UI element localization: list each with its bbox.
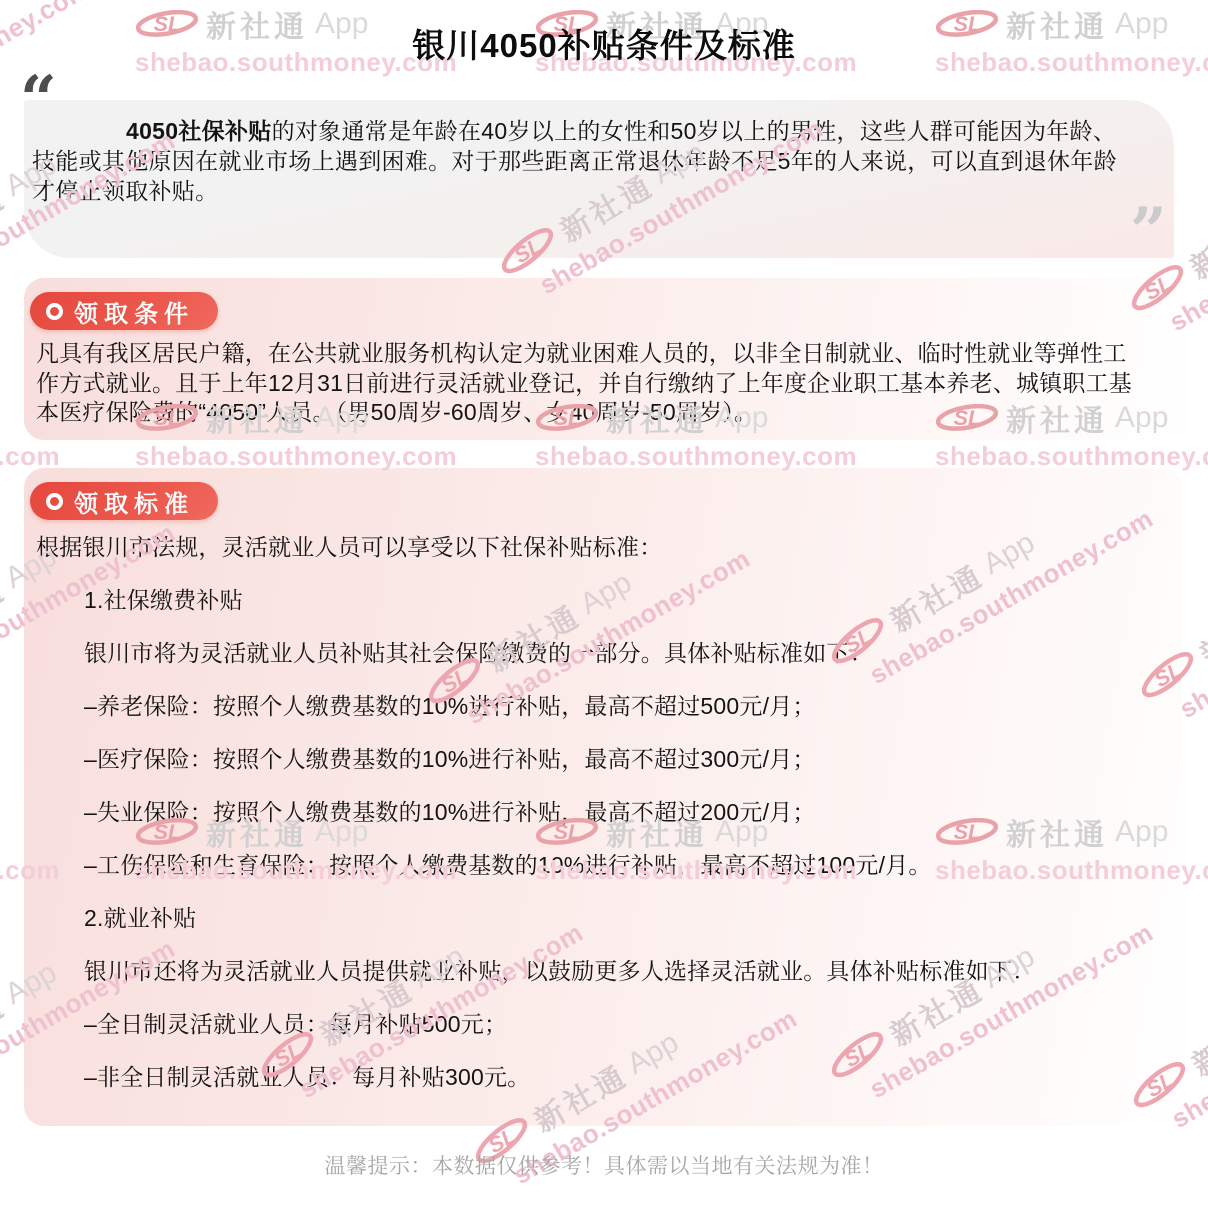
section-standards: 领取标准 根据银川市法规，灵活就业人员可以享受以下社保补贴标准：1.社保缴费补贴… [24, 468, 1182, 1126]
section-conditions: 领取条件 凡具有我区居民户籍，在公共就业服务机构认定为就业困难人员的，以非全日制… [24, 278, 1182, 440]
list-item: 根据银川市法规，灵活就业人员可以享受以下社保补贴标准： [36, 534, 1142, 561]
watermark-brand-cn: 新社通 [0, 982, 13, 1071]
watermark-brand-cn: 新社通 [1181, 199, 1208, 288]
intro-quote-box: 4050社保补贴的对象通常是年龄在40岁以上的女性和50岁以上的男性，这些人群可… [24, 100, 1174, 258]
list-item: –全日制灵活就业人员：每月补贴500元； [36, 1011, 1142, 1038]
ring-icon [46, 303, 63, 320]
page-title: 银川4050补贴条件及标准 [0, 20, 1208, 67]
standards-badge-label: 领取标准 [74, 484, 194, 519]
close-quote-icon: ” [1130, 200, 1167, 264]
list-item: –工伤保险和生育保险：按照个人缴费基数的10%进行补贴，最高不超过100元/月。 [36, 852, 1142, 879]
watermark-brand-cn: 新社通 [0, 566, 13, 655]
watermark-brand-cn: 新社通 [0, 174, 13, 263]
list-item: –养老保险：按照个人缴费基数的10%进行补贴，最高不超过500元/月； [36, 693, 1142, 720]
list-item: 2.就业补贴 [36, 905, 1142, 932]
watermark-brand-cn: 新社通 [1183, 996, 1208, 1085]
footer-note: 温馨提示：本数据仅供参考！具体需以当地有关法规为准！ [0, 1150, 1208, 1180]
list-item: –失业保险：按照个人缴费基数的10%进行补贴，最高不超过200元/月； [36, 799, 1142, 826]
standards-badge: 领取标准 [30, 482, 218, 520]
intro-keyword: 4050社保补贴 [126, 118, 272, 144]
intro-paragraph: 4050社保补贴的对象通常是年龄在40岁以上的女性和50岁以上的男性，这些人群可… [24, 100, 1174, 206]
standards-list: 根据银川市法规，灵活就业人员可以享受以下社保补贴标准：1.社保缴费补贴银川市将为… [36, 534, 1142, 1091]
list-item: 1.社保缴费补贴 [36, 587, 1142, 614]
open-quote-icon: “ [20, 68, 57, 132]
list-item: –医疗保险：按照个人缴费基数的10%进行补贴，最高不超过300元/月； [36, 746, 1142, 773]
conditions-badge: 领取条件 [30, 292, 218, 330]
ring-icon [46, 493, 63, 510]
list-item: –非全日制灵活就业人员：每月补贴300元。 [36, 1064, 1142, 1091]
conditions-badge-label: 领取条件 [74, 294, 194, 329]
list-item: 银川市还将为灵活就业人员提供就业补贴，以鼓励更多人选择灵活就业。具体补贴标准如下… [36, 958, 1142, 985]
article-page: 银川4050补贴条件及标准 “ 4050社保补贴的对象通常是年龄在40岁以上的女… [0, 0, 1208, 1210]
list-item: 银川市将为灵活就业人员补贴其社会保险缴费的一部分。具体补贴标准如下： [36, 640, 1142, 667]
watermark-brand-cn: 新社通 [1191, 586, 1208, 675]
conditions-paragraph: 凡具有我区居民户籍，在公共就业服务机构认定为就业困难人员的，以非全日制就业、临时… [36, 339, 1142, 428]
